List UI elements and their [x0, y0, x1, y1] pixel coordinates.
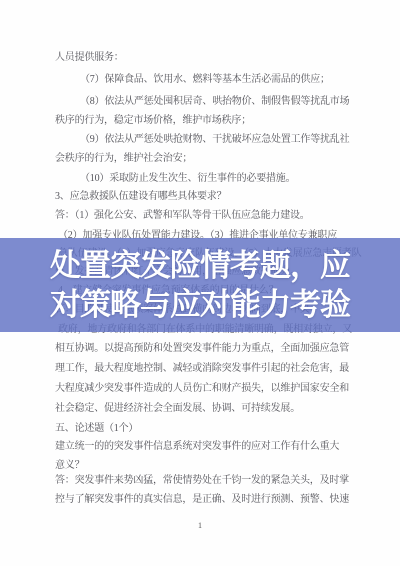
document-line: 意义？ — [55, 456, 84, 471]
document-line: 理工作，最大程度地控制、减轻或消除突发事件引起的社会危害，最 — [55, 359, 349, 374]
document-line: 大程度减少突发事件造成的人员伤亡和财产损失，以维护国家安全和 — [55, 379, 349, 394]
document-page: 人员提供服务：（7）保障食品、饮用水、燃料等基本生活必需品的供应；（8）依法从严… — [0, 0, 400, 566]
document-line: 五、论述题（1个） — [55, 419, 138, 434]
document-line: （10）采取防止发生次生、衍生事件的必要措施。 — [80, 169, 295, 184]
document-line: 答：突发事件来势凶猛，常使情势处在千钧一发的紧急关头，及时掌 — [55, 471, 349, 486]
document-line: 答：（1）强化公安、武警和军队等骨干队伍应急能力建设。 — [55, 206, 310, 221]
document-line: 会秩序的行为，维护社会治安； — [55, 149, 192, 164]
document-line: 相互协调。以提高预防和处置突发事件能力为重点，全面加强应急管 — [55, 339, 349, 354]
title-banner: 处置突发险情考题，应 对策略与应对能力考验 — [0, 238, 400, 332]
document-line: 人员提供服务： — [55, 48, 124, 63]
banner-title-line2: 对策略与应对能力考验 — [50, 285, 350, 324]
document-line: （7）保障食品、饮用水、燃料等基本生活必需品的供应； — [80, 70, 330, 85]
document-line: 社会稳定、促进经济社会全面发展、协调、可持续发展。 — [55, 399, 300, 414]
document-line: （8）依法从严惩处囤积居奇、哄抬物价、制假售假等扰乱市场 — [80, 92, 349, 107]
document-line: 控与了解突发事件的真实信息，是正确、及时进行预测、预警、快速 — [55, 490, 349, 505]
document-line: 建立统一的的突发事件信息系统对突发事件的应对工作有什么重大 — [55, 437, 339, 452]
banner-title-line1: 处置突发险情考题，应 — [50, 246, 350, 285]
document-line: 3、应急救援队伍建设有哪些具体要求？ — [55, 187, 226, 202]
page-number: 1 — [0, 521, 400, 530]
document-line: 秩序的行为，稳定市场价格，维护市场秩序； — [55, 111, 251, 126]
document-line: （9）依法从严惩处哄抢财物、干扰破坏应急处置工作等扰乱社 — [80, 130, 349, 145]
